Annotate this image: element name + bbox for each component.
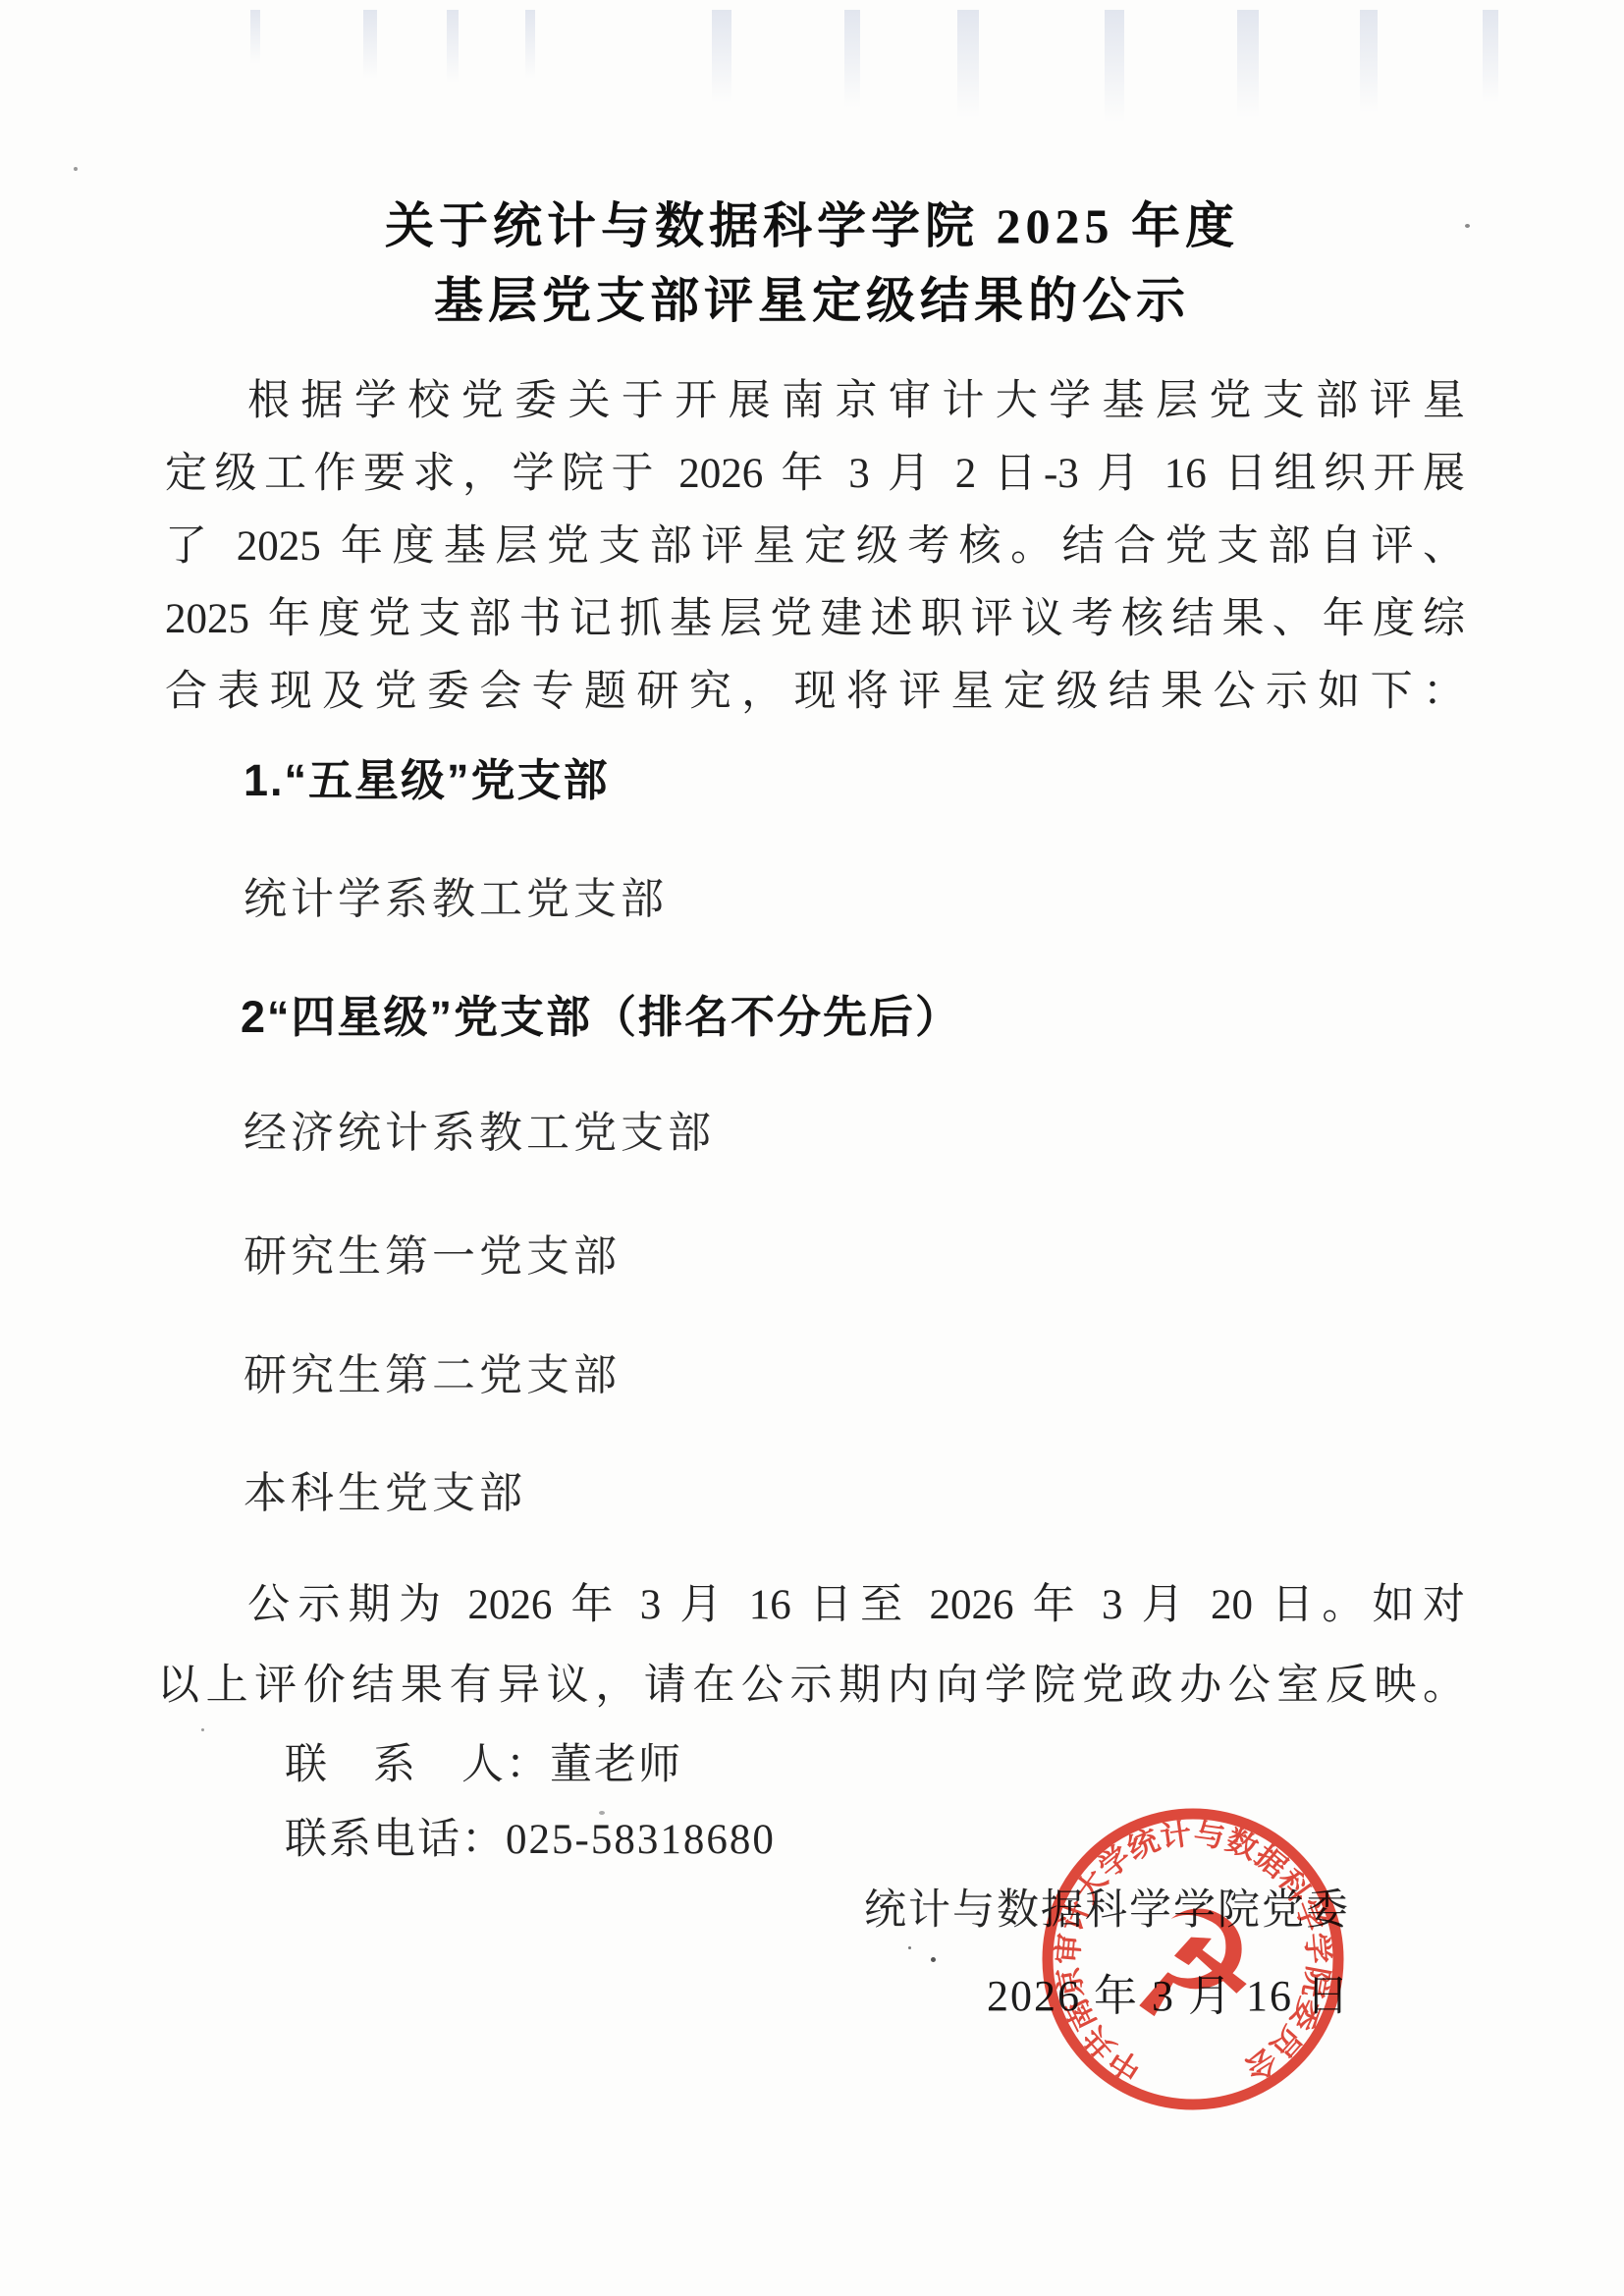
paragraph1-line: 根据学校党委关于开展南京审计大学基层党支部评星 xyxy=(247,375,1465,430)
scan-streak xyxy=(250,10,260,64)
party-emblem-icon: ☭ xyxy=(1127,1881,1259,2051)
scan-streak xyxy=(1105,10,1124,123)
paragraph1-line: 2025 年度党支部书记抓基层党建述职评议考核结果、年度综 xyxy=(165,593,1465,648)
scan-streak xyxy=(525,10,535,79)
document-page: 关于统计与数据科学学院 2025 年度 基层党支部评星定级结果的公示 根据学校党… xyxy=(0,0,1624,2296)
branch-list-item: 研究生第二党支部 xyxy=(244,1339,621,1402)
branch-list-item: 研究生第一党支部 xyxy=(244,1221,621,1284)
branch-list-item: 统计学系教工党支部 xyxy=(244,863,668,926)
paragraph1-line: 合表现及党委会专题研究，现将评星定级结果公示如下： xyxy=(165,666,1465,721)
section-heading-four-star: 2“四星级”党支部（排名不分先后） xyxy=(241,981,961,1045)
document-title-line1: 关于统计与数据科学学院 2025 年度 xyxy=(0,194,1624,257)
scan-streak xyxy=(844,10,860,108)
paragraph1-line: 了 2025 年度基层党支部评星定级考核。结合党支部自评、 xyxy=(165,520,1465,575)
contact-phone-label: 联系电话： xyxy=(285,1817,506,1863)
branch-list-item: 本科生党支部 xyxy=(244,1457,526,1520)
scan-streak xyxy=(363,10,377,79)
paragraph2-line: 以上评价结果有异议，请在公示期内向学院党政办公室反映。 xyxy=(157,1660,1465,1715)
official-seal: ☭ 中共南京审计大学统计与数据科学学院委员会 xyxy=(1031,1797,1355,2121)
section-heading-five-star: 1.“五星级”党支部 xyxy=(244,744,610,808)
contact-person-label: 联 系 人： xyxy=(285,1742,550,1788)
scan-speck xyxy=(74,167,78,171)
scan-streak xyxy=(957,10,979,118)
scan-streak xyxy=(447,10,459,83)
paragraph2-line: 公示期为 2026 年 3 月 16 日至 2026 年 3 月 20 日。如对 xyxy=(247,1579,1465,1634)
scan-streak xyxy=(1360,10,1378,113)
paragraph1-line: 定级工作要求，学院于 2026 年 3 月 2 日-3 月 16 日组织开展 xyxy=(165,448,1465,503)
contact-person-row: 联 系 人：董老师 xyxy=(285,1731,682,1791)
scan-streak xyxy=(1237,10,1259,118)
contact-phone-row: 联系电话：025-58318680 xyxy=(285,1806,776,1866)
scan-speck xyxy=(908,1946,911,1949)
document-title-line2: 基层党支部评星定级结果的公示 xyxy=(0,269,1624,332)
contact-person-value: 董老师 xyxy=(550,1742,682,1788)
scan-speck xyxy=(201,1728,204,1731)
scan-speck xyxy=(931,1957,936,1962)
scan-streak xyxy=(712,10,731,103)
branch-list-item: 经济统计系教工党支部 xyxy=(244,1097,715,1160)
contact-phone-value: 025-58318680 xyxy=(506,1817,776,1863)
scan-streak xyxy=(1483,10,1498,103)
